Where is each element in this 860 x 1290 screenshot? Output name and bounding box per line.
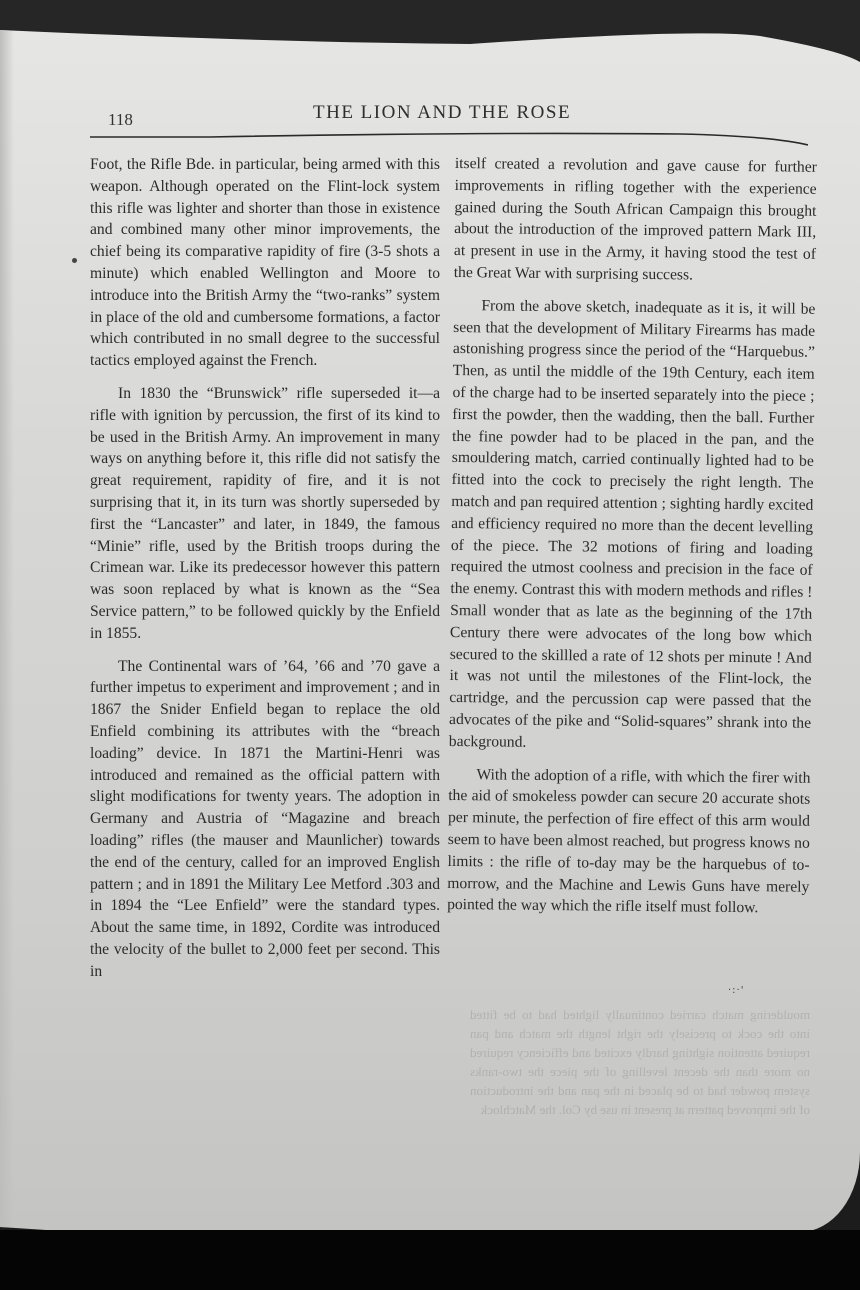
page-header: 118 THE LION AND THE ROSE bbox=[108, 98, 818, 128]
paragraph: From the above sketch, inadequate as it … bbox=[449, 295, 816, 757]
bleed-through-text: mouldering match carried continually lig… bbox=[470, 1005, 810, 1185]
paragraph: In 1830 the “Brunswick” rifle superseded… bbox=[90, 383, 440, 645]
header-rule bbox=[90, 131, 808, 147]
paragraph: itself created a revolution and gave cau… bbox=[454, 153, 817, 288]
right-column: itself created a revolution and gave cau… bbox=[447, 153, 817, 931]
paragraph: Foot, the Rifle Bde. in particular, bein… bbox=[90, 154, 440, 372]
page-gutter-shadow bbox=[0, 22, 14, 1232]
paragraph: The Continental wars of ’64, ’66 and ’70… bbox=[90, 656, 440, 983]
left-column: Foot, the Rifle Bde. in particular, bein… bbox=[90, 154, 440, 993]
backdrop-bottom bbox=[0, 1230, 860, 1290]
page-number: 118 bbox=[108, 110, 133, 130]
margin-mark bbox=[72, 258, 77, 263]
running-title: THE LION AND THE ROSE bbox=[313, 102, 571, 124]
ink-specks: ·:·' bbox=[728, 985, 758, 1001]
paragraph: With the adoption of a rifle, with which… bbox=[447, 763, 811, 919]
